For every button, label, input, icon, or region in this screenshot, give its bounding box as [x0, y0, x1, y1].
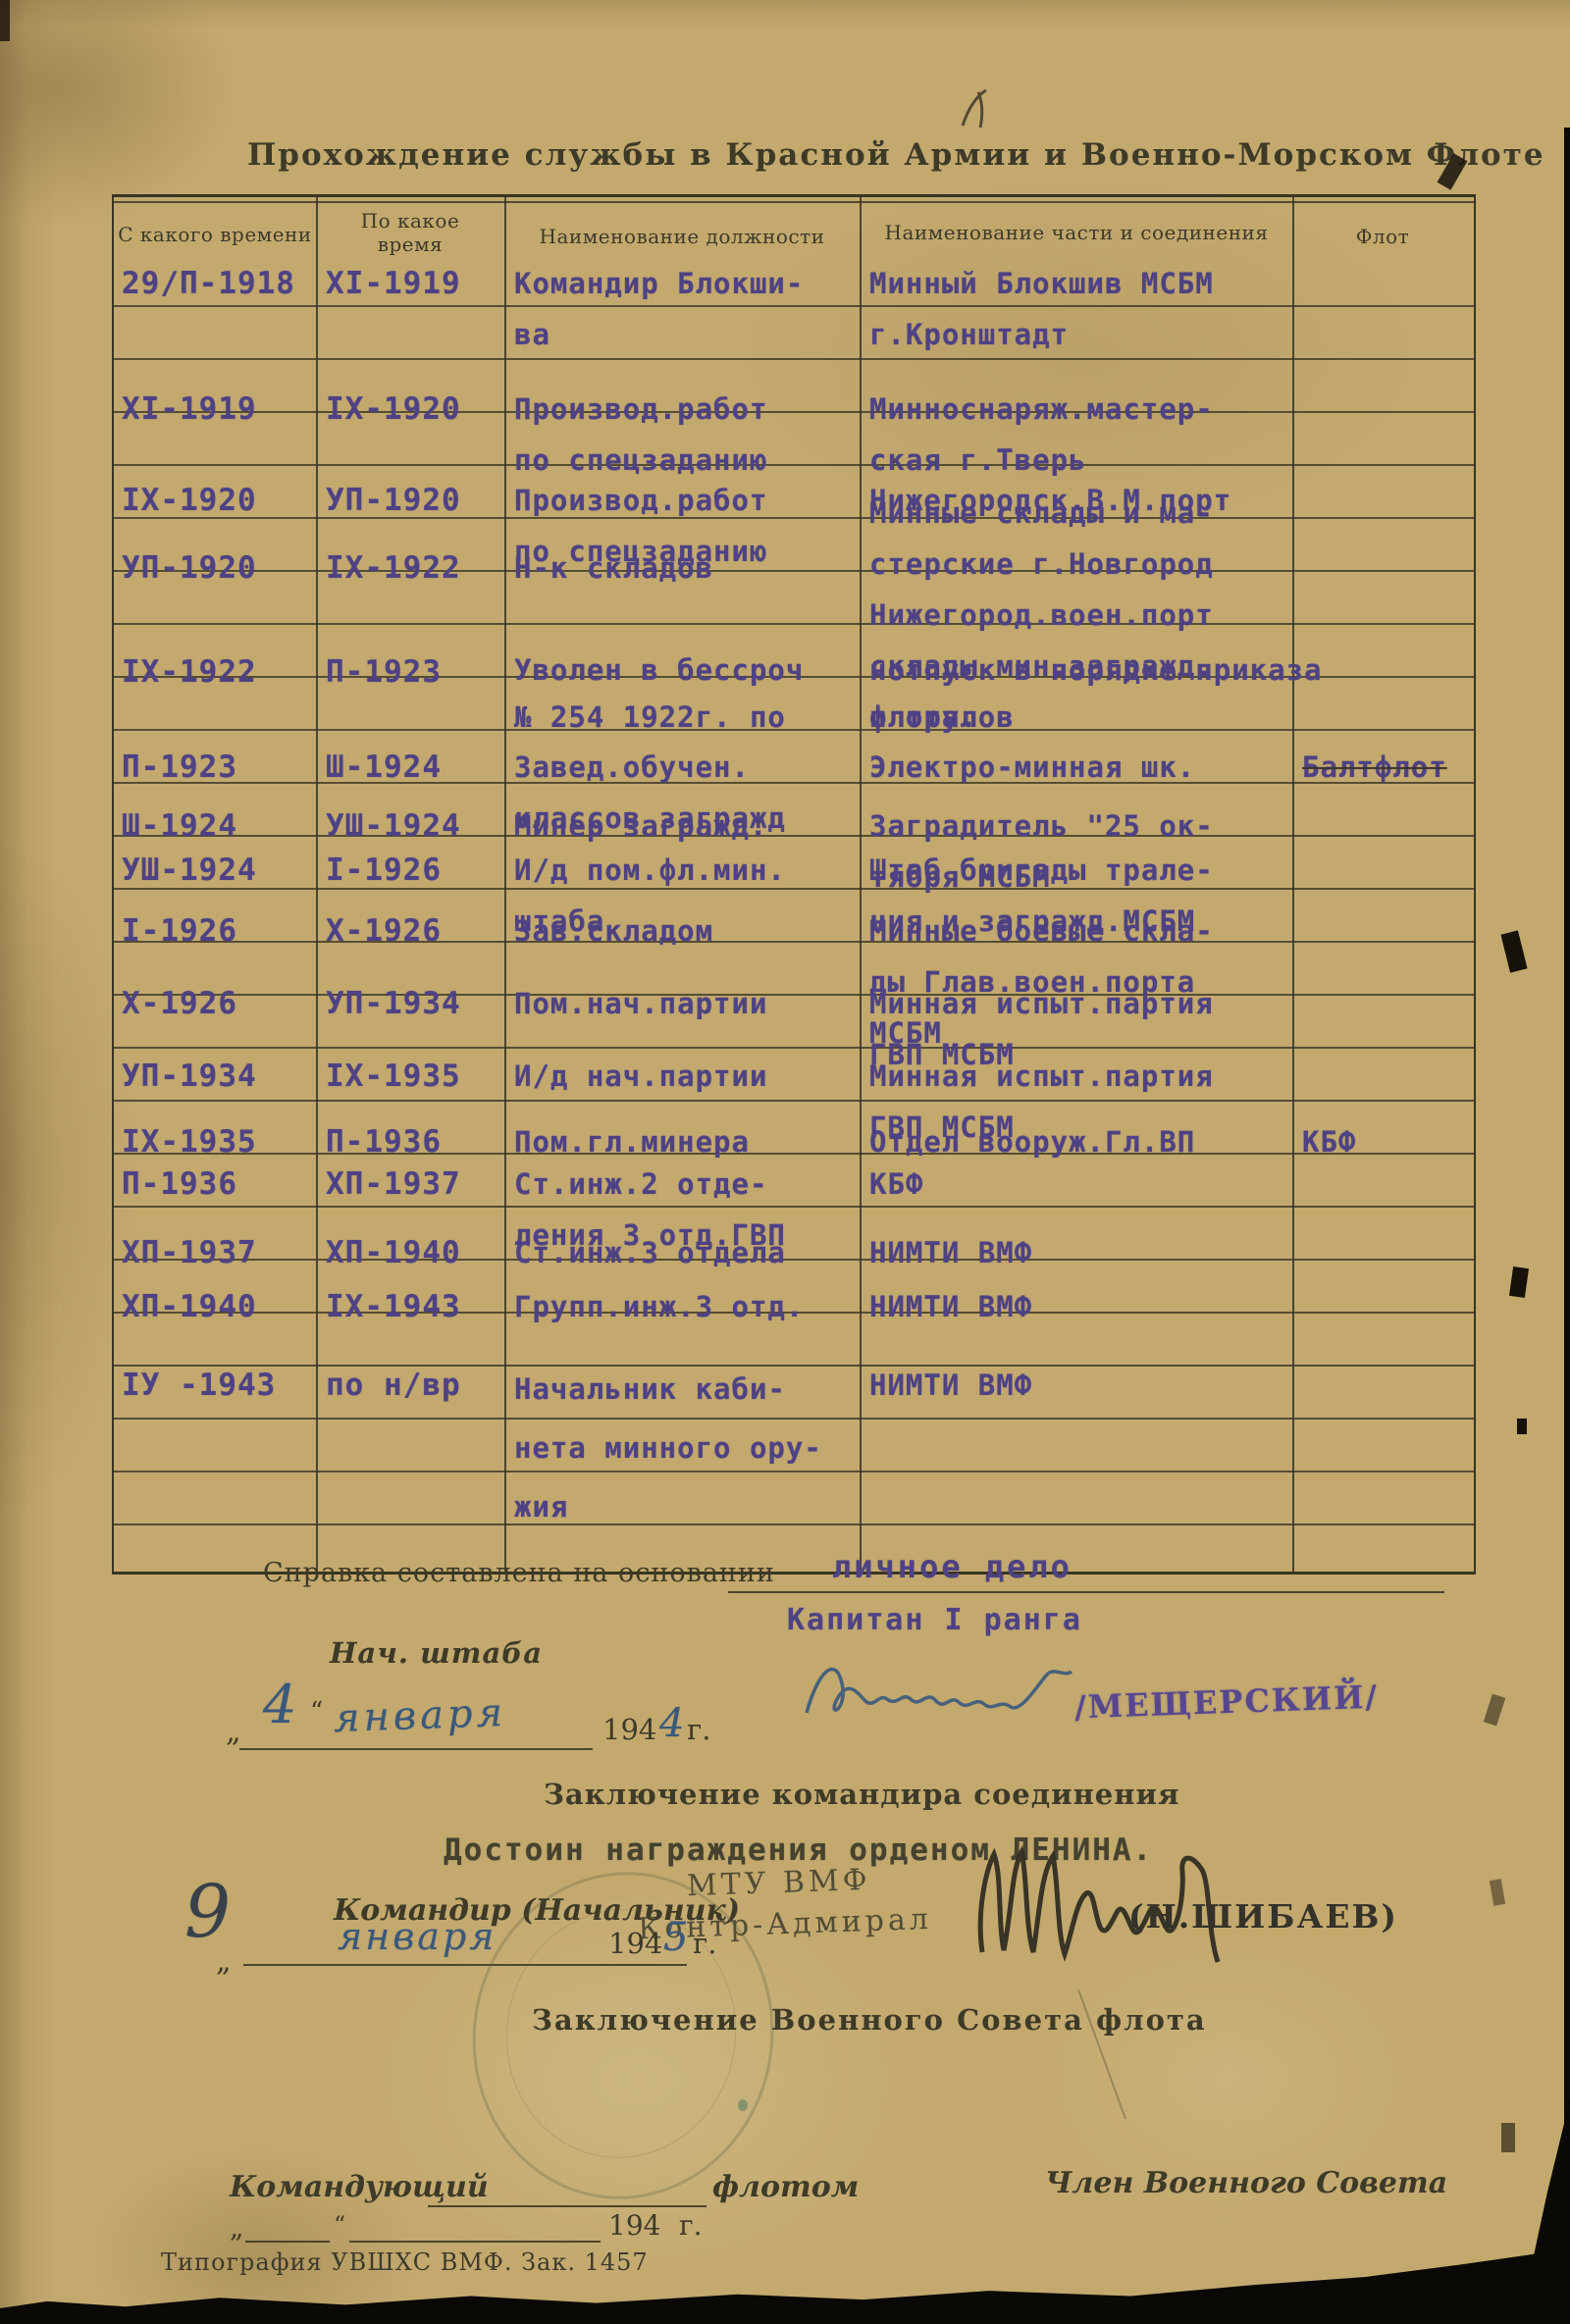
council-conclusion-heading: Заключение Военного Совета флота	[532, 2003, 1207, 2037]
signature-meshchersky	[797, 1648, 1081, 1736]
entry-unit-cell: НИМТИ ВМФ	[869, 1360, 1301, 1411]
entry-unit-cell: Электро-минная шк.	[869, 742, 1301, 793]
commander-name-stamp: (Н.ШИБАЕВ)	[1128, 1897, 1398, 1936]
unit-stamp: МТУ ВМФ	[686, 1863, 871, 1904]
date1-close-quote: “	[310, 1697, 323, 1727]
entry-from-cell: IX-1920	[122, 475, 318, 526]
entry-position-cell: Производ.работ по спецзаданию	[514, 384, 863, 486]
date3-underline-month	[349, 2241, 601, 2243]
entry-to-cell: IX-1920	[326, 384, 506, 435]
entry-from-cell: УП-1934	[122, 1051, 318, 1102]
date1-open-quote: „	[226, 1715, 241, 1749]
entry-from-cell: 29/П-1918	[122, 258, 318, 309]
scan-corner-mark	[0, 0, 10, 41]
entry-unit-cell: НИМТИ ВМФ	[869, 1281, 1301, 1332]
entry-unit-cell: НИМТИ ВМФ	[869, 1227, 1301, 1278]
entry-to-cell: Ш-1924	[326, 742, 506, 793]
entry-from-cell: IУ -1943	[122, 1360, 318, 1411]
paper-tear	[1490, 1879, 1505, 1906]
entry-to-cell: УП-1920	[326, 475, 506, 526]
council-member-label: Член Военного Совета	[1045, 2166, 1447, 2200]
typography-imprint: Типография УВШХС ВМФ. Зак. 1457	[161, 2248, 649, 2276]
entry-to-cell: ХП-1937	[326, 1159, 506, 1210]
date1-underline	[239, 1748, 593, 1750]
rank-line: Капитан I ранга	[787, 1603, 1082, 1637]
entry-to-cell: XI-1919	[326, 258, 506, 309]
entry-unit-cell: Минноснаряж.мастер- ская г.Тверь	[869, 384, 1301, 486]
date2-open-quote: „	[216, 1944, 232, 1979]
scanned-service-record-page: Прохождение службы в Красной Армии и Вое…	[0, 0, 1570, 2324]
entry-from-cell: XI-1919	[122, 384, 318, 435]
entry-to-cell: X-1926	[326, 905, 506, 956]
date1-day-handwritten: 4	[263, 1674, 296, 1735]
chief-of-staff-label: Нач. штаба	[330, 1636, 543, 1670]
pen-mark	[957, 86, 996, 133]
entry-position-cell: Групп.инж.3 отд.	[514, 1281, 863, 1332]
entry-unit-cell: Минный Блокшив МСБМ г.Кронштадт	[869, 258, 1301, 360]
name-stamp-meshchersky: /МЕЩЕРСКИЙ/	[1073, 1678, 1379, 1727]
entry-position-cell: И/д нач.партии	[514, 1051, 863, 1102]
entry-unit-cell: КБФ	[869, 1159, 1301, 1210]
entry-from-cell: ХП-1940	[122, 1281, 318, 1332]
entry-to-cell: IX-1943	[326, 1281, 506, 1332]
paper-tear	[1509, 1266, 1529, 1298]
entry-position-cell: Начальник каби- нета минного ору- жия	[514, 1360, 863, 1536]
date2-month-handwritten: января	[338, 1915, 497, 1958]
entry-position-cell: Уволен в бессроч № 254 1922г. по	[514, 646, 863, 741]
date1-month-handwritten: января	[333, 1690, 507, 1741]
basis-value: личное дело	[832, 1548, 1073, 1585]
entry-to-cell: по н/вр	[326, 1360, 506, 1411]
entry-from-cell: I-1926	[122, 905, 318, 956]
scan-right-edge	[1564, 128, 1570, 2324]
entry-from-cell: УШ-1924	[122, 845, 318, 896]
date3-year-suffix: г.	[679, 2209, 703, 2242]
entry-from-cell: IX-1922	[122, 646, 318, 697]
entry-to-cell: УП-1934	[326, 978, 506, 1029]
ink-speck	[738, 2099, 748, 2111]
fleet-word: флотом	[712, 2170, 859, 2204]
commanding-label: Командующий	[230, 2170, 489, 2204]
entry-to-cell: П-1923	[326, 646, 506, 697]
paper-tear	[1484, 1694, 1506, 1727]
page-title: Прохождение службы в Красной Армии и Вое…	[247, 137, 1545, 173]
entry-from-cell: X-1926	[122, 978, 318, 1029]
entry-to-cell: IX-1922	[326, 542, 506, 594]
entry-to-cell: I-1926	[326, 845, 506, 896]
date1-year-digit-handwritten: 4	[659, 1701, 684, 1746]
basis-label: Справка составлена на основании	[263, 1558, 775, 1588]
entry-from-cell: П-1936	[122, 1159, 318, 1210]
commander-conclusion-heading: Заключение командира соединения	[544, 1778, 1179, 1811]
entry-fleet-cell: КБФ	[1302, 1116, 1471, 1167]
entry-unit-cell: нотпуск в порядке приказа флоту.	[869, 646, 1497, 741]
entry-to-cell: ХП-1940	[326, 1227, 506, 1278]
entry-position-cell: Зав.складом	[514, 905, 863, 956]
entry-to-cell: IX-1935	[326, 1051, 506, 1102]
entry-from-cell: ХП-1937	[122, 1227, 318, 1278]
entry-position-cell: Н-к складов	[514, 542, 863, 594]
entry-fleet-cell: Балтфлот	[1302, 742, 1471, 793]
entry-from-cell: УП-1920	[122, 542, 318, 594]
date3-year-printed: 194	[608, 2209, 660, 2242]
entry-position-cell: Ст.инж.3 отдела	[514, 1227, 863, 1278]
date3-underline-day	[245, 2241, 330, 2243]
date1-year-suffix: г.	[687, 1713, 710, 1746]
paper-tear	[1517, 1419, 1527, 1434]
entry-position-cell: Пом.нач.партии	[514, 978, 863, 1029]
entry-position-cell: Командир Блокши- ва	[514, 258, 863, 360]
service-table: С какого времени По какое время Наименов…	[112, 194, 1476, 1575]
paper-tear	[1501, 2123, 1515, 2152]
service-table-entries: 29/П-1918XI-1919Командир Блокши- ваМинны…	[114, 197, 1474, 1572]
date3-open-quote: „	[230, 2211, 244, 2244]
commanding-underline	[428, 2205, 706, 2207]
entry-from-cell: П-1923	[122, 742, 318, 793]
date2-day-handwritten: 9	[184, 1870, 231, 1954]
scan-corner-wedge	[1519, 2099, 1570, 2324]
date1-year-printed: 194	[602, 1713, 656, 1746]
date3-close-quote: “	[334, 2211, 345, 2239]
paper-tear	[1500, 930, 1527, 972]
basis-underline	[728, 1591, 1444, 1593]
